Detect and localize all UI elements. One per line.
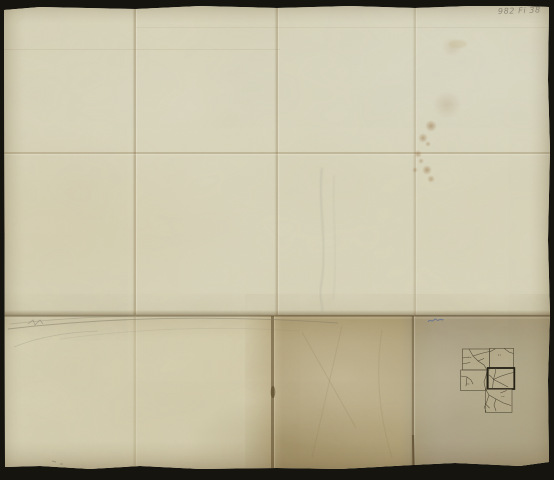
index-key-map (456, 343, 518, 416)
foxing-spot (422, 165, 432, 175)
fold-crease-vertical-1 (134, 6, 136, 315)
foxing-spot (425, 141, 431, 147)
faint-stain (440, 38, 464, 56)
fold-crease-horizontal-minor-1 (136, 27, 550, 28)
foxing-spot (414, 150, 422, 158)
fold-crease-vertical-bottom-1 (134, 317, 136, 467)
keymap-panel (490, 348, 514, 368)
foxing-spot (412, 167, 418, 173)
fold-crease-vertical-2 (276, 6, 278, 315)
fold-crease-vertical-3 (414, 6, 416, 315)
faint-stain (431, 92, 463, 118)
fold-crease-vertical-bottom-2 (271, 316, 274, 468)
archival-cote: 982 Fi 38 (498, 5, 554, 19)
foxing-spot (425, 120, 437, 132)
keymap-panel-highlighted (488, 368, 515, 389)
scan-background: 982 Fi 38 (0, 0, 554, 480)
map-sheet: 982 Fi 38 (4, 5, 550, 469)
fold-crease-horizontal-main (4, 152, 550, 154)
foxing-spot (418, 158, 424, 164)
keymap-panel (461, 370, 487, 391)
fold-crease-horizontal-minor-2 (4, 49, 280, 50)
fold-crease-vertical-bottom-3 (412, 316, 414, 467)
sheet-junction-shadow (4, 310, 550, 319)
foxing-spot (427, 175, 435, 183)
